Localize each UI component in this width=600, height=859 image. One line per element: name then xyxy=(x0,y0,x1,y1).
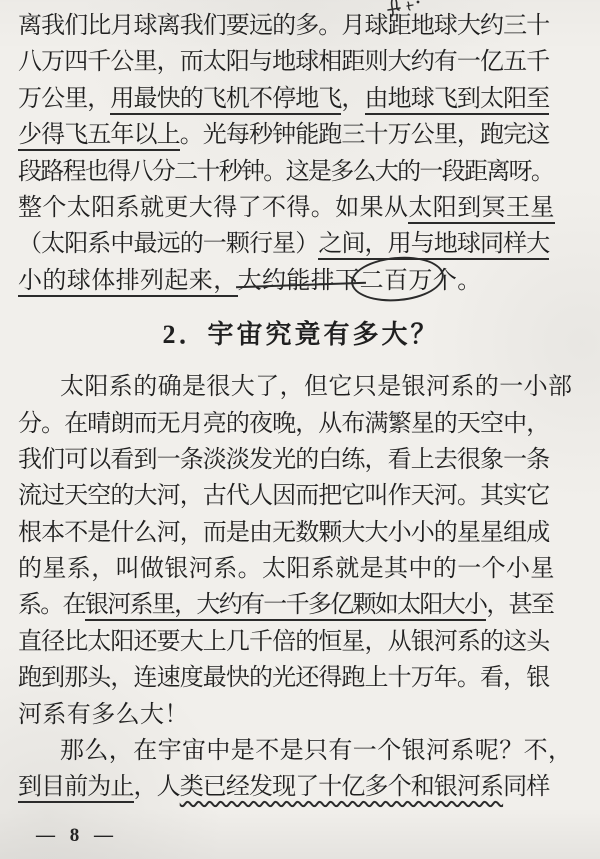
annotated-text-u: 到目前为止 xyxy=(18,774,134,803)
text-segment: 系。在 xyxy=(18,592,85,618)
paragraph: 离我们比月球离我们要远的多。月球距地球大约三十八万四千公里，而太阳与地球相距则大… xyxy=(18,8,584,299)
text-line: 的星系，叫做银河系。太阳系就是其中的一个小星 xyxy=(18,551,584,587)
annotated-text-u: 小的球体排列起来， xyxy=(18,268,238,297)
annotated-text-u: 银河系里，大约有一千多亿颗如太阳大小 xyxy=(85,592,486,621)
text-line: 河系有多么大！ xyxy=(18,697,584,733)
annotated-text-u: 用最快的飞机不停地飞 xyxy=(110,86,341,115)
scanned-book-page: { "document": { "language": "zh", "color… xyxy=(0,0,600,859)
text-segment: 离我们比月球离我们要远的多。月球距地球大约三十 xyxy=(18,13,549,39)
text-segment: 分。在晴朗而无月亮的夜晚，从布满繁星的天空中， xyxy=(18,411,549,437)
text-line: 那么，在宇宙中是不是只有一个银河系呢？不， xyxy=(18,733,584,769)
text-line: 分。在晴朗而无月亮的夜晚，从布满繁星的天空中， xyxy=(18,406,584,442)
text-segment: 八万四千公里，而太阳与地球相距则大约有一亿五千 xyxy=(18,49,549,75)
text-segment: 跑到那头，连速度最快的光还得跑上十万年。看，银 xyxy=(18,665,549,691)
text-segment: 根本不是什么河，而是由无数颗大大小小的星星组成 xyxy=(18,520,549,546)
text-segment: 太阳系的确是很大了，但它只是银河系的一小部 xyxy=(60,374,572,400)
text-segment: 的星系，叫做银河系。太阳系就是其中的一个小星 xyxy=(18,556,555,582)
text-segment: 那么，在宇宙中是不是只有一个银河系呢？不， xyxy=(60,738,572,764)
annotated-text-u: 由地球飞到太阳至 xyxy=(365,86,550,115)
text-line: 万公里，用最快的飞机不停地飞，由地球飞到太阳至 xyxy=(18,81,584,117)
text-line: 八万四千公里，而太阳与地球相距则大约有一亿五千 xyxy=(18,44,584,80)
text-line: 整个太阳系就更大得了不得。如果从太阳到冥王星 xyxy=(18,190,584,226)
text-segment: （太阳系中最远的一颗行星） xyxy=(18,231,318,257)
text-line: （太阳系中最远的一颗行星）之间，用与地球同样大 xyxy=(18,226,584,262)
annotated-text-u: 少得飞五年以上 xyxy=(18,122,180,151)
text-segment: 万公里， xyxy=(18,86,110,112)
section-heading: 2．宇宙究竟有多大？ xyxy=(18,315,584,355)
annotated-text-u: 太阳到冥王星 xyxy=(408,195,554,224)
annotated-text-u: 之间，用与地球同样大 xyxy=(318,231,549,260)
text-line: 段路程也得八分二十秒钟。这是多么大的一段距离呀。 xyxy=(18,154,584,190)
text-segment: 段路程也得八分二十秒钟。这是多么大的一段距离呀。 xyxy=(18,159,553,185)
annotated-text-strike: 大约能排下 xyxy=(238,268,360,294)
text-segment: 我们可以看到一条淡淡发光的白练，看上去很象一条 xyxy=(18,447,549,473)
text-segment: 直径比太阳还要大上几千倍的恒星，从银河系的这头 xyxy=(18,629,549,655)
paragraph: 太阳系的确是很大了，但它只是银河系的一小部分。在晴朗而无月亮的夜晚，从布满繁星的… xyxy=(18,369,584,733)
text-segment: 流过天空的大河，古代人因而把它叫作天河。其实它 xyxy=(18,483,549,509)
text-line: 流过天空的大河，古代人因而把它叫作天河。其实它 xyxy=(18,478,584,514)
annotated-text-wavy: 类已经发现了十亿多个和银河系 xyxy=(180,774,503,800)
text-line: 跑到那头，连速度最快的光还得跑上十万年。看，银 xyxy=(18,660,584,696)
text-line: 少得飞五年以上。光每秒钟能跑三十万公里，跑完这 xyxy=(18,117,584,153)
paragraph: 那么，在宇宙中是不是只有一个银河系呢？不，到目前为止，人类已经发现了十亿多个和银… xyxy=(18,733,584,806)
text-line: 根本不是什么河，而是由无数颗大大小小的星星组成 xyxy=(18,515,584,551)
text-line: 小的球体排列起来，大约能排下二百万个。 xyxy=(18,263,584,299)
text-line: 直径比太阳还要大上几千倍的恒星，从银河系的这头 xyxy=(18,624,584,660)
page-content: 离我们比月球离我们要远的多。月球距地球大约三十八万四千公里，而太阳与地球相距则大… xyxy=(18,8,584,806)
text-segment: ，人 xyxy=(134,774,180,800)
text-segment: 整个太阳系就更大得了不得。如果从 xyxy=(18,195,408,221)
text-line: 我们可以看到一条淡淡发光的白练，看上去很象一条 xyxy=(18,442,584,478)
text-segment: 。光每秒钟能跑三十万公里，跑完这 xyxy=(180,122,550,148)
page-number: — 8 — xyxy=(36,825,118,847)
text-segment: ， xyxy=(341,86,364,112)
text-line: 到目前为止，人类已经发现了十亿多个和银河系同样 xyxy=(18,769,584,805)
text-line: 太阳系的确是很大了，但它只是银河系的一小部 xyxy=(18,369,584,405)
text-segment: 河系有多么大！ xyxy=(18,702,189,728)
text-line: 离我们比月球离我们要远的多。月球距地球大约三十 xyxy=(18,8,584,44)
text-line: 系。在银河系里，大约有一千多亿颗如太阳大小，甚至 xyxy=(18,587,584,623)
text-segment: 同样 xyxy=(503,774,549,800)
annotated-text-circle: 二百万 xyxy=(360,263,433,299)
text-segment: ，甚至 xyxy=(486,592,553,618)
